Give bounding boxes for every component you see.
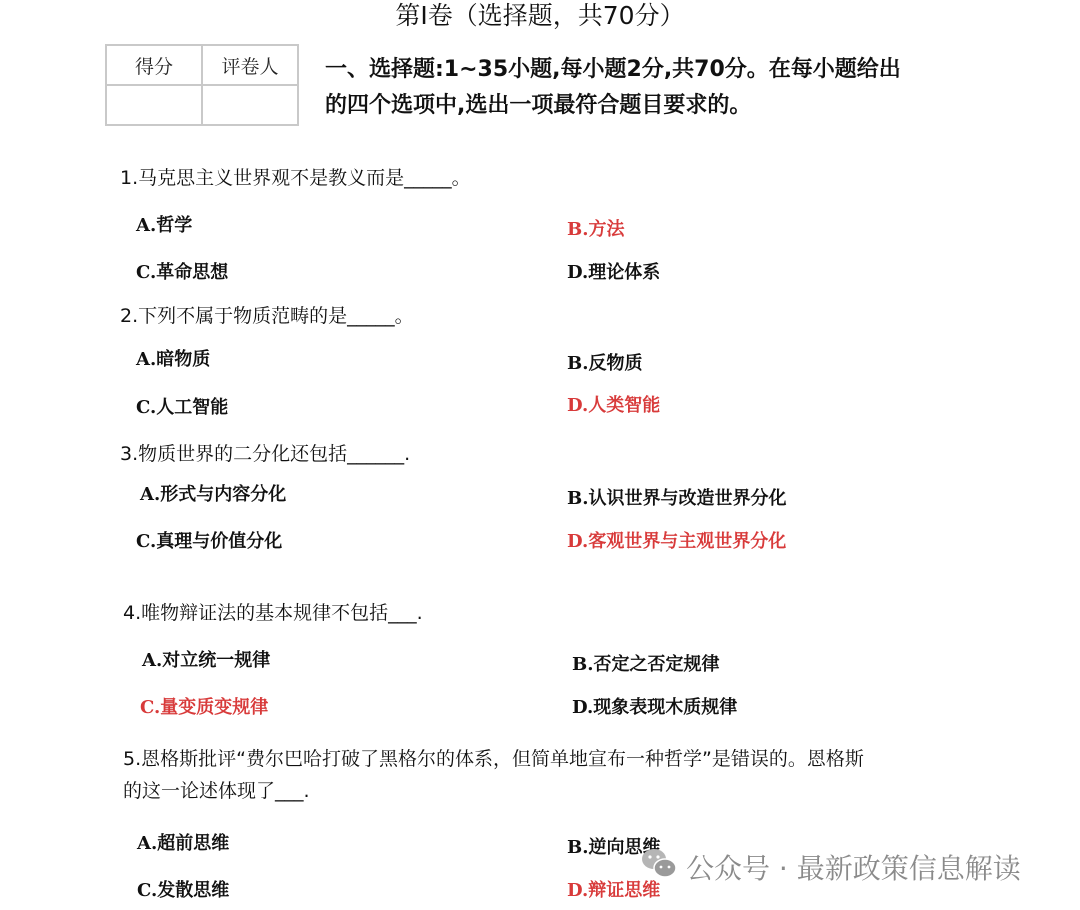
grader-cell	[202, 85, 298, 125]
question-2-stem: 2.下列不属于物质范畴的是_____。	[120, 301, 414, 328]
question-5-option-a: A.超前思维	[137, 829, 229, 855]
score-header: 得分	[106, 45, 202, 85]
section-title: 第Ⅰ卷（选择题，共70分）	[0, 0, 1080, 32]
question-2-option-b: B.反物质	[567, 349, 642, 375]
watermark: 公众号 · 最新政策信息解读	[640, 846, 1021, 887]
question-1-option-a: A.哲学	[136, 211, 192, 237]
question-4-option-b: B.否定之否定规律	[572, 650, 719, 676]
question-5-option-c: C.发散思维	[137, 876, 229, 902]
question-4-option-a: A.对立统一规律	[142, 646, 270, 672]
wechat-icon	[640, 846, 686, 887]
question-4-stem: 4.唯物辩证法的基本规律不包括___.	[123, 598, 423, 625]
watermark-text: 公众号 · 最新政策信息解读	[686, 847, 1021, 887]
question-3-option-a: A.形式与内容分化	[140, 480, 286, 506]
question-1-option-b-answer: B.方法	[567, 215, 624, 241]
question-2-option-a: A.暗物质	[136, 345, 210, 371]
question-1-option-c: C.革命思想	[136, 258, 228, 284]
question-2-option-c: C.人工智能	[136, 393, 228, 419]
question-4-option-d: D.现象表现木质规律	[572, 693, 737, 719]
grader-header: 评卷人	[202, 45, 298, 85]
question-2-option-d-answer: D.人类智能	[567, 391, 660, 417]
question-5-stem-line-1: 5.恩格斯批评“费尔巴哈打破了黑格尔的体系，但简单地宣布一种哲学”是错误的。恩格…	[123, 744, 864, 771]
question-5-stem-line-2: 的这一论述体现了___.	[123, 776, 310, 803]
score-cell	[106, 85, 202, 125]
score-table: 得分 评卷人	[105, 44, 299, 126]
section-instructions: 一、选择题:1~35小题,每小题2分,共70分。在每小题给出 的四个选项中,选出…	[325, 52, 1025, 124]
instructions-line-1: 一、选择题:1~35小题,每小题2分,共70分。在每小题给出	[325, 52, 1025, 88]
question-3-stem: 3.物质世界的二分化还包括______.	[120, 439, 410, 466]
question-3-option-d-answer: D.客观世界与主观世界分化	[567, 527, 786, 553]
question-3-option-c: C.真理与价值分化	[136, 527, 282, 553]
question-1-stem: 1.马克思主义世界观不是教义而是_____。	[120, 163, 471, 190]
question-4-option-c-answer: C.量变质变规律	[140, 693, 268, 719]
instructions-line-2: 的四个选项中,选出一项最符合题目要求的。	[325, 88, 1025, 124]
question-3-option-b: B.认识世界与改造世界分化	[567, 484, 786, 510]
question-1-option-d: D.理论体系	[567, 258, 660, 284]
